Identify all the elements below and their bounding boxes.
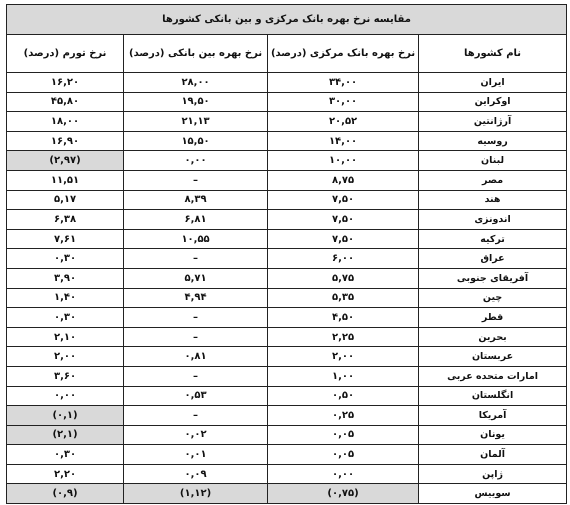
cell-inflation: (۰,۱) bbox=[7, 406, 124, 426]
cell-country: آفریقای جنوبی bbox=[419, 268, 567, 288]
table-body: ایران۳۴,۰۰۲۸,۰۰۱۶,۲۰اوکراین۳۰,۰۰۱۹,۵۰۴۵,… bbox=[7, 73, 567, 504]
table-row: لبنان۱۰,۰۰۰,۰۰(۲,۹۷) bbox=[7, 151, 567, 171]
cell-country: سوییس bbox=[419, 484, 567, 504]
cell-interbank-rate: ۱۵,۵۰ bbox=[124, 131, 268, 151]
cell-country: عراق bbox=[419, 249, 567, 269]
cell-central-rate: ۵,۳۵ bbox=[268, 288, 419, 308]
cell-interbank-rate: ۰,۰۰ bbox=[124, 151, 268, 171]
cell-country: چین bbox=[419, 288, 567, 308]
cell-inflation: ۲,۱۰ bbox=[7, 327, 124, 347]
cell-country: مصر bbox=[419, 170, 567, 190]
cell-interbank-rate: (۱,۱۲) bbox=[124, 484, 268, 504]
cell-inflation: ۱۶,۲۰ bbox=[7, 73, 124, 93]
table-row: اندونزی۷,۵۰۶,۸۱۶,۳۸ bbox=[7, 210, 567, 230]
header-central-rate: نرخ بهره بانک مرکزی (درصد) bbox=[268, 35, 419, 73]
cell-country: آلمان bbox=[419, 445, 567, 465]
cell-inflation: (۲,۹۷) bbox=[7, 151, 124, 171]
cell-country: آرژانتین bbox=[419, 112, 567, 132]
rates-table-container: مقایسه نرخ بهره بانک مرکزی و بین بانکی ک… bbox=[6, 4, 566, 504]
interest-rates-table: مقایسه نرخ بهره بانک مرکزی و بین بانکی ک… bbox=[6, 4, 567, 504]
cell-interbank-rate: – bbox=[124, 366, 268, 386]
table-row: آفریقای جنوبی۵,۷۵۵,۷۱۳,۹۰ bbox=[7, 268, 567, 288]
cell-central-rate: ۰,۰۵ bbox=[268, 445, 419, 465]
cell-central-rate: ۵,۷۵ bbox=[268, 268, 419, 288]
table-row: سوییس(۰,۷۵)(۱,۱۲)(۰,۹) bbox=[7, 484, 567, 504]
cell-central-rate: ۲,۰۰ bbox=[268, 347, 419, 367]
cell-interbank-rate: ۰,۵۳ bbox=[124, 386, 268, 406]
cell-central-rate: ۰,۰۵ bbox=[268, 425, 419, 445]
cell-inflation: ۰,۳۰ bbox=[7, 308, 124, 328]
table-row: اوکراین۳۰,۰۰۱۹,۵۰۴۵,۸۰ bbox=[7, 92, 567, 112]
table-row: هند۷,۵۰۸,۳۹۵,۱۷ bbox=[7, 190, 567, 210]
cell-central-rate: ۳۴,۰۰ bbox=[268, 73, 419, 93]
table-row: مصر۸,۷۵–۱۱,۵۱ bbox=[7, 170, 567, 190]
cell-inflation: ۵,۱۷ bbox=[7, 190, 124, 210]
cell-country: امارات متحده عربی bbox=[419, 366, 567, 386]
cell-interbank-rate: ۴,۹۴ bbox=[124, 288, 268, 308]
cell-country: لبنان bbox=[419, 151, 567, 171]
cell-inflation: (۲,۱) bbox=[7, 425, 124, 445]
cell-central-rate: ۲,۲۵ bbox=[268, 327, 419, 347]
cell-central-rate: ۰,۵۰ bbox=[268, 386, 419, 406]
cell-central-rate: ۰,۲۵ bbox=[268, 406, 419, 426]
table-row: امارات متحده عربی۱,۰۰–۳,۶۰ bbox=[7, 366, 567, 386]
cell-country: عربستان bbox=[419, 347, 567, 367]
cell-central-rate: ۳۰,۰۰ bbox=[268, 92, 419, 112]
cell-inflation: ۳,۹۰ bbox=[7, 268, 124, 288]
cell-central-rate: ۱۰,۰۰ bbox=[268, 151, 419, 171]
cell-inflation: ۰,۳۰ bbox=[7, 249, 124, 269]
table-row: چین۵,۳۵۴,۹۴۱,۴۰ bbox=[7, 288, 567, 308]
cell-central-rate: ۱۴,۰۰ bbox=[268, 131, 419, 151]
cell-country: روسیه bbox=[419, 131, 567, 151]
cell-central-rate: ۶,۰۰ bbox=[268, 249, 419, 269]
cell-interbank-rate: ۰,۰۲ bbox=[124, 425, 268, 445]
cell-central-rate: ۷,۵۰ bbox=[268, 210, 419, 230]
table-row: عربستان۲,۰۰۰,۸۱۲,۰۰ bbox=[7, 347, 567, 367]
table-row: روسیه۱۴,۰۰۱۵,۵۰۱۶,۹۰ bbox=[7, 131, 567, 151]
table-row: قطر۴,۵۰–۰,۳۰ bbox=[7, 308, 567, 328]
cell-interbank-rate: ۰,۰۹ bbox=[124, 464, 268, 484]
table-row: بحرین۲,۲۵–۲,۱۰ bbox=[7, 327, 567, 347]
header-inflation: نرخ تورم (درصد) bbox=[7, 35, 124, 73]
table-row: انگلستان۰,۵۰۰,۵۳۰,۰۰ bbox=[7, 386, 567, 406]
cell-inflation: ۷,۶۱ bbox=[7, 229, 124, 249]
cell-country: اندونزی bbox=[419, 210, 567, 230]
cell-interbank-rate: ۰,۰۱ bbox=[124, 445, 268, 465]
header-interbank-rate: نرخ بهره بین بانکی (درصد) bbox=[124, 35, 268, 73]
table-row: آرژانتین۲۰,۵۲۲۱,۱۳۱۸,۰۰ bbox=[7, 112, 567, 132]
table-row: یونان۰,۰۵۰,۰۲(۲,۱) bbox=[7, 425, 567, 445]
cell-central-rate: ۸,۷۵ bbox=[268, 170, 419, 190]
cell-interbank-rate: ۱۹,۵۰ bbox=[124, 92, 268, 112]
table-title-row: مقایسه نرخ بهره بانک مرکزی و بین بانکی ک… bbox=[7, 5, 567, 35]
cell-country: قطر bbox=[419, 308, 567, 328]
table-row: عراق۶,۰۰–۰,۳۰ bbox=[7, 249, 567, 269]
cell-interbank-rate: – bbox=[124, 308, 268, 328]
cell-inflation: ۳,۶۰ bbox=[7, 366, 124, 386]
cell-central-rate: ۷,۵۰ bbox=[268, 229, 419, 249]
cell-inflation: ۲,۰۰ bbox=[7, 347, 124, 367]
cell-country: انگلستان bbox=[419, 386, 567, 406]
cell-inflation: ۱۶,۹۰ bbox=[7, 131, 124, 151]
cell-interbank-rate: – bbox=[124, 170, 268, 190]
cell-inflation: ۱۸,۰۰ bbox=[7, 112, 124, 132]
cell-country: ژاپن bbox=[419, 464, 567, 484]
cell-country: یونان bbox=[419, 425, 567, 445]
cell-central-rate: ۱,۰۰ bbox=[268, 366, 419, 386]
cell-country: هند bbox=[419, 190, 567, 210]
table-header-row: نام کشورها نرخ بهره بانک مرکزی (درصد) نر… bbox=[7, 35, 567, 73]
cell-interbank-rate: ۲۱,۱۳ bbox=[124, 112, 268, 132]
cell-country: ترکیه bbox=[419, 229, 567, 249]
cell-inflation: ۰,۳۰ bbox=[7, 445, 124, 465]
cell-central-rate: (۰,۷۵) bbox=[268, 484, 419, 504]
cell-interbank-rate: ۰,۸۱ bbox=[124, 347, 268, 367]
cell-interbank-rate: ۸,۳۹ bbox=[124, 190, 268, 210]
cell-interbank-rate: – bbox=[124, 406, 268, 426]
cell-interbank-rate: ۲۸,۰۰ bbox=[124, 73, 268, 93]
table-row: ترکیه۷,۵۰۱۰,۵۵۷,۶۱ bbox=[7, 229, 567, 249]
cell-country: آمریکا bbox=[419, 406, 567, 426]
cell-inflation: ۱۱,۵۱ bbox=[7, 170, 124, 190]
cell-central-rate: ۲۰,۵۲ bbox=[268, 112, 419, 132]
cell-country: ایران bbox=[419, 73, 567, 93]
table-row: ایران۳۴,۰۰۲۸,۰۰۱۶,۲۰ bbox=[7, 73, 567, 93]
cell-central-rate: ۰,۰۰ bbox=[268, 464, 419, 484]
cell-interbank-rate: ۱۰,۵۵ bbox=[124, 229, 268, 249]
table-row: آمریکا۰,۲۵–(۰,۱) bbox=[7, 406, 567, 426]
table-row: ژاپن۰,۰۰۰,۰۹۲,۲۰ bbox=[7, 464, 567, 484]
cell-central-rate: ۷,۵۰ bbox=[268, 190, 419, 210]
cell-inflation: ۲,۲۰ bbox=[7, 464, 124, 484]
cell-country: بحرین bbox=[419, 327, 567, 347]
cell-interbank-rate: – bbox=[124, 327, 268, 347]
cell-country: اوکراین bbox=[419, 92, 567, 112]
header-country: نام کشورها bbox=[419, 35, 567, 73]
cell-inflation: ۴۵,۸۰ bbox=[7, 92, 124, 112]
cell-inflation: (۰,۹) bbox=[7, 484, 124, 504]
cell-interbank-rate: ۶,۸۱ bbox=[124, 210, 268, 230]
cell-central-rate: ۴,۵۰ bbox=[268, 308, 419, 328]
cell-inflation: ۶,۳۸ bbox=[7, 210, 124, 230]
cell-interbank-rate: ۵,۷۱ bbox=[124, 268, 268, 288]
table-row: آلمان۰,۰۵۰,۰۱۰,۳۰ bbox=[7, 445, 567, 465]
cell-interbank-rate: – bbox=[124, 249, 268, 269]
cell-inflation: ۱,۴۰ bbox=[7, 288, 124, 308]
cell-inflation: ۰,۰۰ bbox=[7, 386, 124, 406]
table-title: مقایسه نرخ بهره بانک مرکزی و بین بانکی ک… bbox=[7, 5, 567, 35]
